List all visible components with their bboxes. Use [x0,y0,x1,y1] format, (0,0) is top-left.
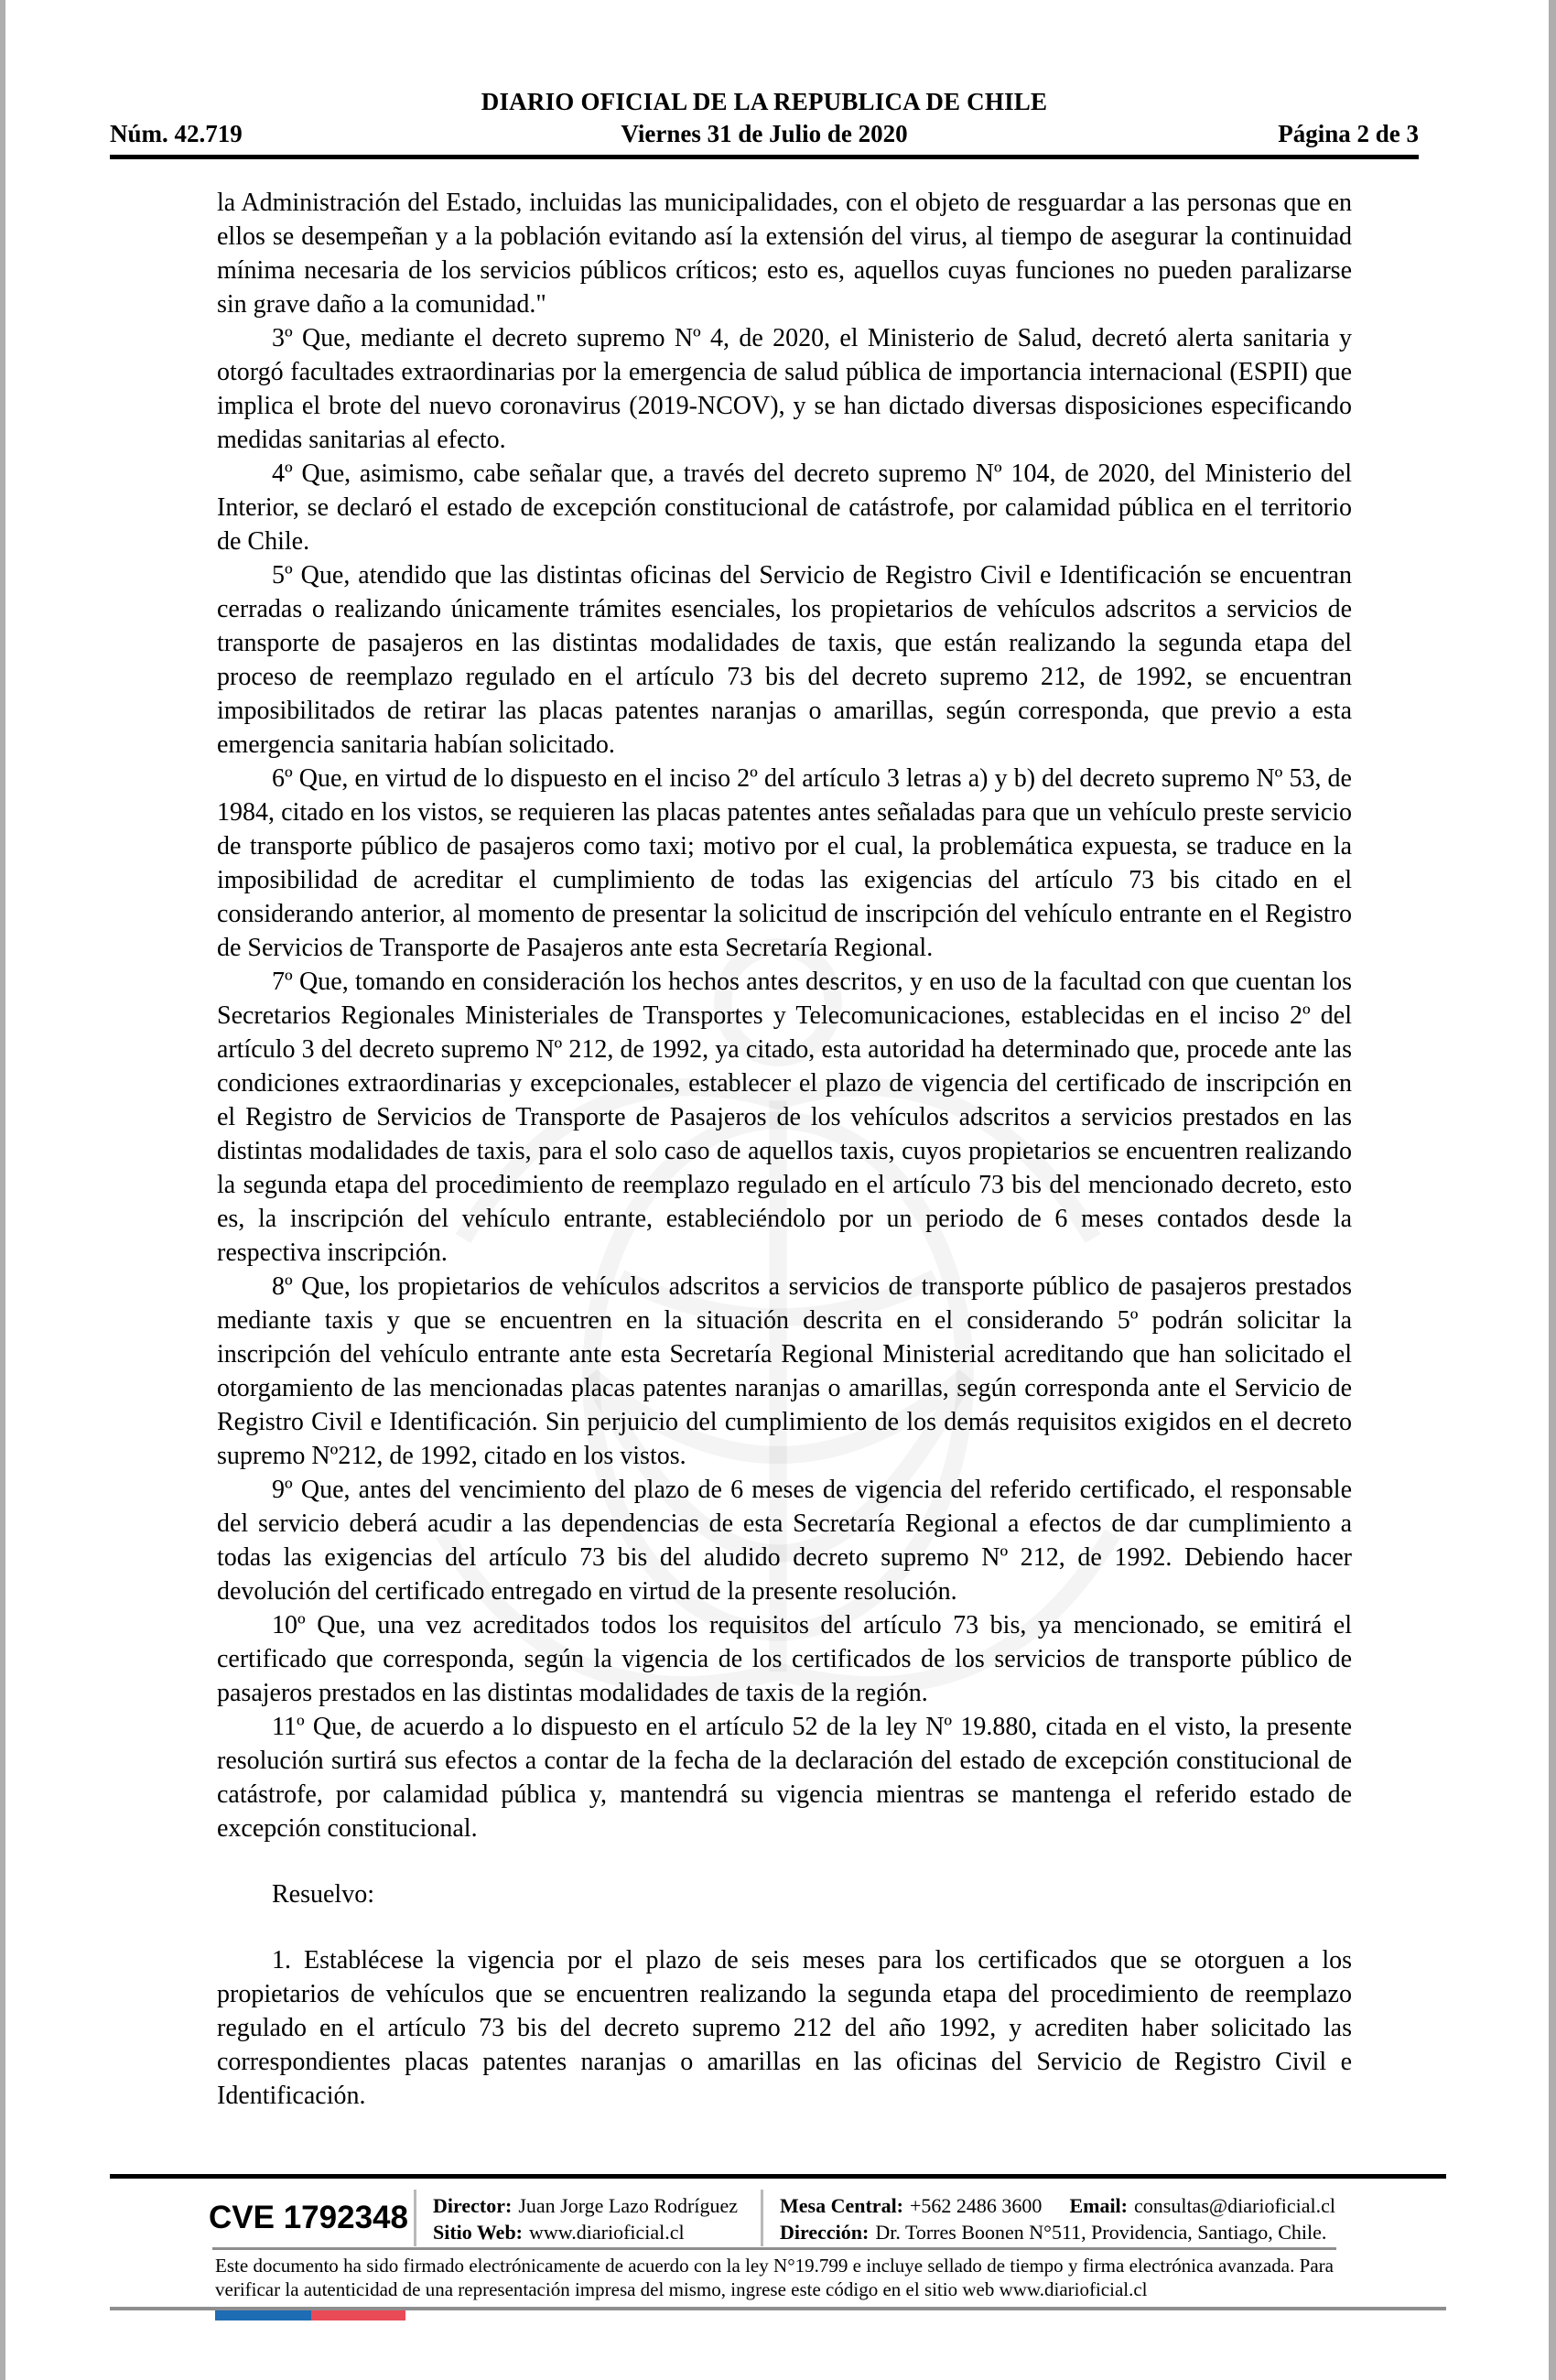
flag-blue-bar [215,2310,311,2320]
body-paragraph: 1. Establécese la vigencia por el plazo … [217,1943,1352,2113]
director-line: Director:Juan Jorge Lazo Rodríguez [433,2192,761,2219]
document-page: DIARIO OFICIAL DE LA REPUBLICA DE CHILE … [0,0,1556,2380]
body-paragraph: 3º Que, mediante el decreto supremo Nº 4… [217,321,1352,457]
legal-notice: Este documento ha sido firmado electróni… [215,2254,1334,2301]
phone-value: +562 2486 3600 [910,2194,1042,2217]
website-label: Sitio Web: [433,2221,529,2244]
address-value: Dr. Torres Boonen N°511, Providencia, Sa… [875,2221,1326,2244]
page-edge-right [1549,0,1556,2380]
chile-flag-mark [215,2310,405,2320]
footer-director-block: Director:Juan Jorge Lazo Rodríguez Sitio… [416,2190,761,2246]
body-paragraph: 5º Que, atendido que las distintas ofici… [217,558,1352,762]
body-paragraph: 8º Que, los propietarios de vehículos ad… [217,1270,1352,1473]
email-value: consultas@diarioficial.cl [1134,2194,1335,2217]
director-label: Director: [433,2194,518,2217]
footer-contact-block: Mesa Central:+562 2486 3600Email:consult… [763,2190,1335,2246]
document-body: la Administración del Estado, incluidas … [217,186,1352,2113]
footer-info-bar: CVE 1792348 Director:Juan Jorge Lazo Rod… [203,2190,1349,2246]
page-indicator: Página 2 de 3 [1278,120,1419,148]
body-paragraph: 6º Que, en virtud de lo dispuesto en el … [217,762,1352,965]
body-paragraph: 9º Que, antes del vencimiento del plazo … [217,1473,1352,1608]
address-line: Dirección:Dr. Torres Boonen N°511, Provi… [780,2219,1335,2245]
email-label: Email: [1069,2194,1134,2217]
website-line: Sitio Web:www.diarioficial.cl [433,2219,761,2245]
flag-red-bar [311,2310,405,2320]
footer-separator-top [110,2174,1446,2179]
header-date: Viernes 31 de Julio de 2020 [110,120,1419,148]
resuelvo-heading: Resuelvo: [217,1877,1352,1911]
page-edge-left [0,0,5,2380]
body-paragraph: 7º Que, tomando en consideración los hec… [217,965,1352,1270]
body-paragraph: 4º Que, asimismo, cabe señalar que, a tr… [217,457,1352,558]
body-paragraph: 10º Que, una vez acreditados todos los r… [217,1608,1352,1710]
newspaper-title: DIARIO OFICIAL DE LA REPUBLICA DE CHILE [110,88,1419,116]
phone-label: Mesa Central: [780,2194,910,2217]
website-value: www.diarioficial.cl [529,2221,685,2244]
footer-separator-inner [212,2247,1336,2250]
address-label: Dirección: [780,2221,875,2244]
phone-email-line: Mesa Central:+562 2486 3600Email:consult… [780,2192,1335,2219]
header-rule [110,155,1419,159]
director-value: Juan Jorge Lazo Rodríguez [518,2194,738,2217]
cve-code: CVE 1792348 [203,2190,414,2246]
body-paragraph: 11º Que, de acuerdo a lo dispuesto en el… [217,1710,1352,1845]
body-paragraph: la Administración del Estado, incluidas … [217,186,1352,321]
